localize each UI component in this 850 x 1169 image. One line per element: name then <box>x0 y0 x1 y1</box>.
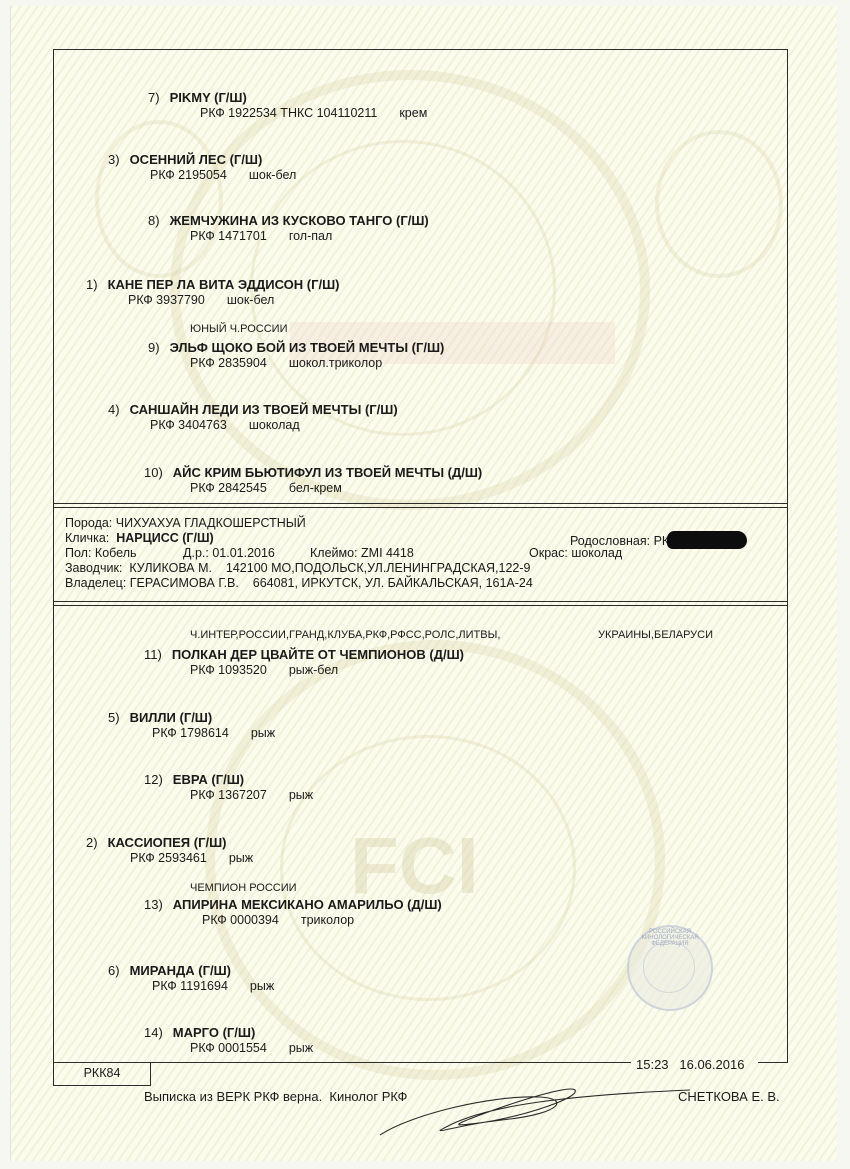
ancestor-color: шоколад <box>249 418 300 432</box>
brand-value: ZMI 4418 <box>361 546 414 560</box>
ancestor-number: 10) <box>144 465 163 480</box>
ancestor-name: ЕВРА (Г/Ш) <box>173 772 244 787</box>
certification-text: Выписка из ВЕРК РКФ верна. Кинолог РКФ <box>144 1089 407 1104</box>
ancestor-name: ЭЛЬФ ЩОКО БОЙ ИЗ ТВОЕЙ МЕЧТЫ (Г/Ш) <box>170 340 445 355</box>
ancestor-registration: РКФ 2842545 <box>190 481 267 495</box>
ancestor-registration-row: РКФ 1093520рыж-бел <box>190 663 338 678</box>
ancestor-registration-row: РКФ 3937790шок-бел <box>128 293 274 308</box>
dob-row: Д.р.: 01.01.2016 <box>183 546 275 561</box>
ancestor-registration: РКФ 0000394 <box>202 913 279 927</box>
breeder-address: 142100 МО,ПОДОЛЬСК,УЛ.ЛЕНИНГРАДСКАЯ,122-… <box>226 561 531 575</box>
ancestor-name: ПОЛКАН ДЕР ЦВАЙТЕ ОТ ЧЕМПИОНОВ (Д/Ш) <box>172 647 464 662</box>
ancestor-registration: РКФ 2593461 <box>130 851 207 865</box>
ancestor-title: Ч.ИНТЕР,РОССИИ,ГРАНД,КЛУБА,РКФ,РФСС,РОЛС… <box>190 629 500 642</box>
ancestor-number: 7) <box>148 90 160 105</box>
ancestor-color: шокол.триколор <box>289 356 382 370</box>
ancestor-registration: РКФ 2835904 <box>190 356 267 370</box>
ancestor-color: рыж-бел <box>289 663 338 677</box>
ancestor-color: рыж <box>289 788 313 802</box>
ancestor-entry: 4)САНШАЙН ЛЕДИ ИЗ ТВОЕЙ МЕЧТЫ (Г/Ш) <box>108 402 398 417</box>
ancestor-registration: РКФ 2195054 <box>150 168 227 182</box>
signature-icon <box>370 1075 700 1145</box>
ancestor-registration-row: РКФ 1922534 ТНКС 104110211крем <box>200 106 427 121</box>
ancestor-registration-row: РКФ 2195054шок-бел <box>150 168 296 183</box>
ancestor-color: шок-бел <box>227 293 274 307</box>
ancestor-registration-row: РКФ 1367207рыж <box>190 788 313 803</box>
ancestor-number: 9) <box>148 340 160 355</box>
owner-address: 664081, ИРКУТСК, УЛ. БАЙКАЛЬСКАЯ, 161А-2… <box>253 576 533 590</box>
sex-value: Кобель <box>95 546 137 560</box>
ancestor-entry: 5)ВИЛЛИ (Г/Ш) <box>108 710 212 725</box>
ancestor-entry: 13)АПИРИНА МЕКСИКАНО АМАРИЛЬО (Д/Ш) <box>144 897 442 912</box>
ancestor-number: 4) <box>108 402 120 417</box>
divider-bottom-1 <box>53 601 788 602</box>
ancestor-number: 13) <box>144 897 163 912</box>
ancestor-registration: РКФ 3937790 <box>128 293 205 307</box>
ancestor-name: МИРАНДА (Г/Ш) <box>130 963 231 978</box>
left-faint-seal <box>95 120 223 278</box>
ancestor-registration: РКФ 3404763 <box>150 418 227 432</box>
ancestor-entry: 7)PIKMY (Г/Ш) <box>148 90 247 105</box>
ancestor-registration-row: РКФ 2842545бел-крем <box>190 481 342 496</box>
ancestor-registration-row: РКФ 2835904шокол.триколор <box>190 356 382 371</box>
right-faint-seal <box>655 130 783 278</box>
breeder-value: КУЛИКОВА М. <box>129 561 212 575</box>
ancestor-name: КАССИОПЕЯ (Г/Ш) <box>108 835 227 850</box>
ancestor-color: триколор <box>301 913 354 927</box>
owner-label: Владелец: <box>65 576 126 590</box>
breed-value: ЧИХУАХУА ГЛАДКОШЕРСТНЫЙ <box>116 516 306 530</box>
timestamp: 15:23 16.06.2016 <box>636 1057 744 1072</box>
ancestor-registration: РКФ 1093520 <box>190 663 267 677</box>
ancestor-number: 3) <box>108 152 120 167</box>
ancestor-number: 5) <box>108 710 120 725</box>
breeder-label: Заводчик: <box>65 561 122 575</box>
ancestor-entry: 6)МИРАНДА (Г/Ш) <box>108 963 231 978</box>
ancestor-name: ЖЕМЧУЖИНА ИЗ КУСКОВО ТАНГО (Г/Ш) <box>170 213 429 228</box>
dog-name: НАРЦИСС (Г/Ш) <box>116 531 213 545</box>
ancestor-number: 1) <box>86 277 98 292</box>
document-code-box: РКК84 <box>53 1062 151 1086</box>
sex-label: Пол: <box>65 546 91 560</box>
ancestor-entry: 14)МАРГО (Г/Ш) <box>144 1025 255 1040</box>
ancestor-title: ЧЕМПИОН РОССИИ <box>190 882 297 895</box>
ancestor-name: ВИЛЛИ (Г/Ш) <box>130 710 213 725</box>
stamp-inner-ring <box>643 941 695 993</box>
ancestor-registration-row: РКФ 0001554рыж <box>190 1041 313 1056</box>
divider-top-1 <box>53 503 788 504</box>
ancestor-number: 12) <box>144 772 163 787</box>
ancestor-registration-row: РКФ 1798614рыж <box>152 726 275 741</box>
ancestor-entry: 9)ЭЛЬФ ЩОКО БОЙ ИЗ ТВОЕЙ МЕЧТЫ (Г/Ш) <box>148 340 444 355</box>
breeder-row: Заводчик: КУЛИКОВА М. 142100 МО,ПОДОЛЬСК… <box>65 561 530 576</box>
ancestor-number: 6) <box>108 963 120 978</box>
divider-top-2 <box>53 507 788 508</box>
ancestor-name: ОСЕННИЙ ЛЕС (Г/Ш) <box>130 152 263 167</box>
ancestor-name: АЙС КРИМ БЬЮТИФУЛ ИЗ ТВОЕЙ МЕЧТЫ (Д/Ш) <box>173 465 482 480</box>
ancestor-registration-row: РКФ 2593461рыж <box>130 851 253 866</box>
frame-right <box>787 49 788 1062</box>
ancestor-entry: 12)ЕВРА (Г/Ш) <box>144 772 244 787</box>
ancestor-color: шок-бел <box>249 168 296 182</box>
brand-row: Клеймо: ZMI 4418 <box>310 546 414 561</box>
ancestor-title-continued: УКРАИНЫ,БЕЛАРУСИ <box>598 629 713 642</box>
ancestor-registration-row: РКФ 1191694рыж <box>152 979 274 994</box>
frame-left <box>53 49 54 1062</box>
ancestor-color: гол-пал <box>289 229 332 243</box>
ancestor-registration: РКФ 1191694 <box>152 979 228 993</box>
ancestor-entry: 2)КАССИОПЕЯ (Г/Ш) <box>86 835 226 850</box>
color-label: Окрас: <box>529 546 568 560</box>
ancestor-registration-row: РКФ 1471701гол-пал <box>190 229 332 244</box>
ancestor-registration: РКФ 1922534 ТНКС 104110211 <box>200 106 377 120</box>
owner-value: ГЕРАСИМОВА Г.В. <box>130 576 239 590</box>
ancestor-entry: 8)ЖЕМЧУЖИНА ИЗ КУСКОВО ТАНГО (Г/Ш) <box>148 213 429 228</box>
breed-row: Порода: ЧИХУАХУА ГЛАДКОШЕРСТНЫЙ <box>65 516 306 531</box>
sex-row: Пол: Кобель <box>65 546 137 561</box>
ancestor-color: рыж <box>289 1041 313 1055</box>
ancestor-entry: 10)АЙС КРИМ БЬЮТИФУЛ ИЗ ТВОЕЙ МЕЧТЫ (Д/Ш… <box>144 465 482 480</box>
ancestor-number: 11) <box>144 647 162 662</box>
ancestor-color: рыж <box>229 851 253 865</box>
ancestor-registration: РКФ 1798614 <box>152 726 229 740</box>
color-value: шоколад <box>571 546 622 560</box>
divider-bottom-2 <box>53 605 788 606</box>
ancestor-registration: РКФ 0001554 <box>190 1041 267 1055</box>
ancestor-title: ЮНЫЙ Ч.РОССИИ <box>190 323 288 336</box>
breed-label: Порода: <box>65 516 112 530</box>
dob-label: Д.р.: <box>183 546 209 560</box>
ancestor-color: крем <box>399 106 427 120</box>
ancestor-entry: 11)ПОЛКАН ДЕР ЦВАЙТЕ ОТ ЧЕМПИОНОВ (Д/Ш) <box>144 647 464 662</box>
ancestor-registration: РКФ 1471701 <box>190 229 267 243</box>
frame-bottom-right <box>758 1062 788 1063</box>
ancestor-number: 14) <box>144 1025 163 1040</box>
dob-value: 01.01.2016 <box>212 546 275 560</box>
rkf-stamp-seal: РОССИЙСКАЯ КИНОЛОГИЧЕСКАЯ ФЕДЕРАЦИЯ <box>627 925 713 1011</box>
brand-label: Клеймо: <box>310 546 358 560</box>
ancestor-registration-row: РКФ 3404763шоколад <box>150 418 300 433</box>
ancestor-registration-row: РКФ 0000394триколор <box>202 913 354 928</box>
frame-top <box>53 49 788 50</box>
ancestor-color: бел-крем <box>289 481 342 495</box>
stamp-text: РОССИЙСКАЯ КИНОЛОГИЧЕСКАЯ ФЕДЕРАЦИЯ <box>629 929 711 947</box>
ancestor-color: рыж <box>250 979 274 993</box>
ancestor-name: САНШАЙН ЛЕДИ ИЗ ТВОЕЙ МЕЧТЫ (Г/Ш) <box>130 402 398 417</box>
ancestor-registration: РКФ 1367207 <box>190 788 267 802</box>
ancestor-name: МАРГО (Г/Ш) <box>173 1025 256 1040</box>
ancestor-name: КАНЕ ПЕР ЛА ВИТА ЭДДИСОН (Г/Ш) <box>108 277 340 292</box>
ancestor-name: PIKMY (Г/Ш) <box>170 90 247 105</box>
owner-row: Владелец: ГЕРАСИМОВА Г.В. 664081, ИРКУТС… <box>65 576 533 591</box>
redaction-mark <box>667 531 747 549</box>
name-label: Кличка: <box>65 531 109 545</box>
ancestor-number: 8) <box>148 213 160 228</box>
ancestor-entry: 1)КАНЕ ПЕР ЛА ВИТА ЭДДИСОН (Г/Ш) <box>86 277 340 292</box>
ancestor-color: рыж <box>251 726 275 740</box>
name-row: Кличка: НАРЦИСС (Г/Ш) <box>65 531 214 546</box>
ancestor-name: АПИРИНА МЕКСИКАНО АМАРИЛЬО (Д/Ш) <box>173 897 442 912</box>
color-row: Окрас: шоколад <box>529 546 622 561</box>
ancestor-number: 2) <box>86 835 98 850</box>
ancestor-entry: 3)ОСЕННИЙ ЛЕС (Г/Ш) <box>108 152 262 167</box>
